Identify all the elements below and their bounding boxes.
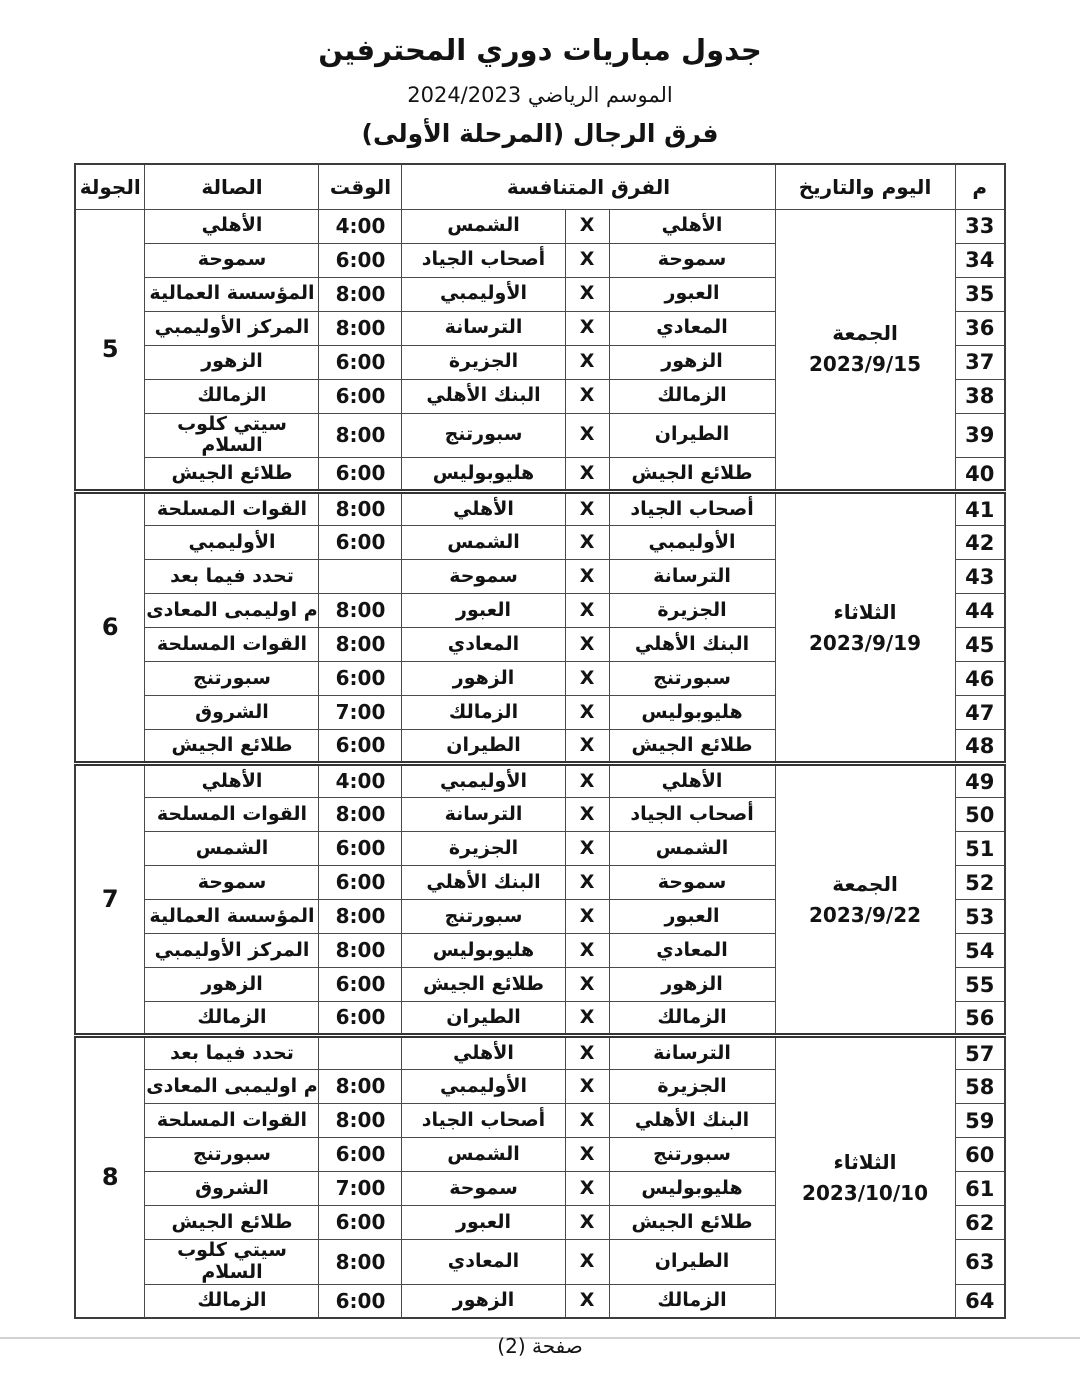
- match-away-team: الجزيرة: [402, 832, 565, 866]
- match-home-team: البنك الأهلي: [609, 628, 775, 662]
- match-serial: 49: [955, 764, 1005, 798]
- round-date: 2023/10/10: [776, 1182, 955, 1205]
- vs-mark: X: [565, 866, 609, 900]
- vs-mark: X: [565, 379, 609, 413]
- vs-mark: X: [565, 628, 609, 662]
- document-page: جدول مباريات دوري المحترفين الموسم الريا…: [0, 0, 1080, 1399]
- vs-mark: X: [565, 1284, 609, 1318]
- match-venue: م اوليمبى المعادى: [145, 594, 319, 628]
- match-away-team: الأوليمبي: [402, 277, 565, 311]
- match-time: [319, 560, 402, 594]
- match-time: 6:00: [319, 243, 402, 277]
- match-away-team: الجزيرة: [402, 345, 565, 379]
- match-home-team: أصحاب الجياد: [609, 798, 775, 832]
- match-time: [319, 1036, 402, 1070]
- vs-mark: X: [565, 1138, 609, 1172]
- vs-mark: X: [565, 413, 609, 458]
- match-away-team: الشمس: [402, 526, 565, 560]
- match-time: 6:00: [319, 458, 402, 492]
- match-serial: 56: [955, 1002, 1005, 1036]
- vs-mark: X: [565, 209, 609, 243]
- match-venue: سيتي كلوب السلام: [145, 1240, 319, 1285]
- match-home-team: الشمس: [609, 832, 775, 866]
- match-serial: 39: [955, 413, 1005, 458]
- match-time: 8:00: [319, 1240, 402, 1285]
- vs-mark: X: [565, 1070, 609, 1104]
- match-venue: الشمس: [145, 832, 319, 866]
- match-serial: 63: [955, 1240, 1005, 1285]
- vs-mark: X: [565, 798, 609, 832]
- round-date: 2023/9/15: [776, 353, 955, 376]
- match-venue: طلائع الجيش: [145, 1206, 319, 1240]
- match-time: 8:00: [319, 277, 402, 311]
- round-number: 8: [75, 1036, 145, 1319]
- match-venue: القوات المسلحة: [145, 492, 319, 526]
- match-row: 57الثلاثاء2023/10/10الترسانةXالأهليتحدد …: [75, 1036, 1005, 1070]
- vs-mark: X: [565, 1002, 609, 1036]
- match-away-team: الشمس: [402, 1138, 565, 1172]
- match-home-team: الجزيرة: [609, 594, 775, 628]
- match-venue: الزهور: [145, 968, 319, 1002]
- match-home-team: أصحاب الجياد: [609, 492, 775, 526]
- vs-mark: X: [565, 662, 609, 696]
- match-venue: م اوليمبى المعادى: [145, 1070, 319, 1104]
- match-home-team: الطيران: [609, 1240, 775, 1285]
- vs-mark: X: [565, 311, 609, 345]
- match-time: 7:00: [319, 1172, 402, 1206]
- match-home-team: الزهور: [609, 968, 775, 1002]
- match-serial: 43: [955, 560, 1005, 594]
- vs-mark: X: [565, 1240, 609, 1285]
- match-away-team: البنك الأهلي: [402, 379, 565, 413]
- page-number-footer: صفحة (2): [0, 1334, 1080, 1358]
- match-away-team: الأوليمبي: [402, 1070, 565, 1104]
- match-home-team: سبورتنج: [609, 1138, 775, 1172]
- vs-mark: X: [565, 1036, 609, 1070]
- match-venue: المركز الأوليمبي: [145, 311, 319, 345]
- match-time: 6:00: [319, 1206, 402, 1240]
- match-away-team: الزهور: [402, 1284, 565, 1318]
- match-venue: تحدد فيما بعد: [145, 560, 319, 594]
- match-away-team: الطيران: [402, 1002, 565, 1036]
- match-away-team: العبور: [402, 1206, 565, 1240]
- match-home-team: الزمالك: [609, 1002, 775, 1036]
- match-venue: المؤسسة العمالية: [145, 900, 319, 934]
- match-time: 6:00: [319, 832, 402, 866]
- match-serial: 59: [955, 1104, 1005, 1138]
- round-number: 5: [75, 209, 145, 492]
- vs-mark: X: [565, 730, 609, 764]
- match-time: 8:00: [319, 628, 402, 662]
- match-away-team: الترسانة: [402, 798, 565, 832]
- match-serial: 42: [955, 526, 1005, 560]
- match-away-team: سبورتنج: [402, 900, 565, 934]
- match-time: 6:00: [319, 866, 402, 900]
- vs-mark: X: [565, 345, 609, 379]
- match-time: 6:00: [319, 526, 402, 560]
- match-home-team: سموحة: [609, 866, 775, 900]
- column-header-venue: الصالة: [145, 164, 319, 209]
- match-serial: 53: [955, 900, 1005, 934]
- match-time: 8:00: [319, 413, 402, 458]
- column-header-teams: الفرق المتنافسة: [402, 164, 775, 209]
- match-away-team: أصحاب الجياد: [402, 243, 565, 277]
- round-day-date: الجمعة2023/9/15: [775, 209, 955, 492]
- match-away-team: الشمس: [402, 209, 565, 243]
- match-time: 8:00: [319, 1070, 402, 1104]
- match-away-team: العبور: [402, 594, 565, 628]
- vs-mark: X: [565, 492, 609, 526]
- match-time: 8:00: [319, 594, 402, 628]
- match-serial: 58: [955, 1070, 1005, 1104]
- match-time: 4:00: [319, 764, 402, 798]
- season-subtitle: الموسم الرياضي 2024/2023: [0, 83, 1080, 107]
- match-home-team: هليوبوليس: [609, 1172, 775, 1206]
- round-date: 2023/9/19: [776, 632, 955, 655]
- vs-mark: X: [565, 1104, 609, 1138]
- match-away-team: هليوبوليس: [402, 458, 565, 492]
- round-date: 2023/9/22: [776, 904, 955, 927]
- match-venue: الزمالك: [145, 379, 319, 413]
- match-away-team: سبورتنج: [402, 413, 565, 458]
- stage-subtitle: فرق الرجال (المرحلة الأولى): [0, 119, 1080, 148]
- match-serial: 47: [955, 696, 1005, 730]
- match-venue: الأهلي: [145, 209, 319, 243]
- match-time: 8:00: [319, 492, 402, 526]
- vs-mark: X: [565, 277, 609, 311]
- vs-mark: X: [565, 968, 609, 1002]
- match-home-team: العبور: [609, 277, 775, 311]
- match-home-team: طلائع الجيش: [609, 458, 775, 492]
- match-away-team: سموحة: [402, 560, 565, 594]
- round-day: الجمعة: [776, 322, 955, 345]
- match-home-team: البنك الأهلي: [609, 1104, 775, 1138]
- match-away-team: الأهلي: [402, 1036, 565, 1070]
- match-venue: الزمالك: [145, 1002, 319, 1036]
- match-away-team: المعادي: [402, 1240, 565, 1285]
- match-serial: 48: [955, 730, 1005, 764]
- round-day-date: الثلاثاء2023/10/10: [775, 1036, 955, 1319]
- match-away-team: سموحة: [402, 1172, 565, 1206]
- match-row: 49الجمعة2023/9/22الأهليXالأوليمبي4:00الأ…: [75, 764, 1005, 798]
- match-home-team: الزهور: [609, 345, 775, 379]
- match-venue: الشروق: [145, 1172, 319, 1206]
- vs-mark: X: [565, 934, 609, 968]
- match-away-team: الترسانة: [402, 311, 565, 345]
- schedule-body: 33الجمعة2023/9/15الأهليXالشمس4:00الأهلي5…: [75, 209, 1005, 1318]
- match-away-team: طلائع الجيش: [402, 968, 565, 1002]
- match-time: 6:00: [319, 1002, 402, 1036]
- match-time: 6:00: [319, 1138, 402, 1172]
- table-header: م اليوم والتاريخ الفرق المتنافسة الوقت ا…: [75, 164, 1005, 209]
- match-home-team: طلائع الجيش: [609, 1206, 775, 1240]
- vs-mark: X: [565, 560, 609, 594]
- header-row: م اليوم والتاريخ الفرق المتنافسة الوقت ا…: [75, 164, 1005, 209]
- match-venue: طلائع الجيش: [145, 730, 319, 764]
- match-venue: الأوليمبي: [145, 526, 319, 560]
- vs-mark: X: [565, 900, 609, 934]
- vs-mark: X: [565, 594, 609, 628]
- match-away-team: المعادي: [402, 628, 565, 662]
- match-time: 6:00: [319, 379, 402, 413]
- match-away-team: الأوليمبي: [402, 764, 565, 798]
- match-home-team: الجزيرة: [609, 1070, 775, 1104]
- match-home-team: المعادي: [609, 311, 775, 345]
- match-home-team: المعادي: [609, 934, 775, 968]
- round-day-date: الثلاثاء2023/9/19: [775, 492, 955, 764]
- match-serial: 41: [955, 492, 1005, 526]
- vs-mark: X: [565, 832, 609, 866]
- match-serial: 45: [955, 628, 1005, 662]
- match-time: 8:00: [319, 934, 402, 968]
- match-serial: 60: [955, 1138, 1005, 1172]
- match-serial: 55: [955, 968, 1005, 1002]
- match-venue: سبورتنج: [145, 662, 319, 696]
- round-day: الثلاثاء: [776, 1151, 955, 1174]
- match-time: 7:00: [319, 696, 402, 730]
- match-venue: سموحة: [145, 243, 319, 277]
- match-serial: 37: [955, 345, 1005, 379]
- vs-mark: X: [565, 1172, 609, 1206]
- match-home-team: الأهلي: [609, 209, 775, 243]
- page-title: جدول مباريات دوري المحترفين: [0, 0, 1080, 67]
- match-home-team: سبورتنج: [609, 662, 775, 696]
- match-serial: 46: [955, 662, 1005, 696]
- match-home-team: الترسانة: [609, 560, 775, 594]
- round-day: الجمعة: [776, 873, 955, 896]
- match-home-team: الأهلي: [609, 764, 775, 798]
- match-serial: 62: [955, 1206, 1005, 1240]
- match-away-team: الطيران: [402, 730, 565, 764]
- match-serial: 38: [955, 379, 1005, 413]
- column-header-serial: م: [955, 164, 1005, 209]
- match-away-team: الأهلي: [402, 492, 565, 526]
- match-home-team: العبور: [609, 900, 775, 934]
- match-serial: 33: [955, 209, 1005, 243]
- match-serial: 44: [955, 594, 1005, 628]
- match-serial: 50: [955, 798, 1005, 832]
- match-home-team: هليوبوليس: [609, 696, 775, 730]
- match-schedule-table: م اليوم والتاريخ الفرق المتنافسة الوقت ا…: [74, 163, 1006, 1319]
- match-venue: الزهور: [145, 345, 319, 379]
- match-serial: 61: [955, 1172, 1005, 1206]
- match-time: 8:00: [319, 311, 402, 345]
- match-serial: 40: [955, 458, 1005, 492]
- match-venue: طلائع الجيش: [145, 458, 319, 492]
- match-venue: القوات المسلحة: [145, 798, 319, 832]
- match-venue: المؤسسة العمالية: [145, 277, 319, 311]
- match-venue: القوات المسلحة: [145, 1104, 319, 1138]
- match-venue: المركز الأوليمبي: [145, 934, 319, 968]
- match-time: 4:00: [319, 209, 402, 243]
- match-home-team: الأوليمبي: [609, 526, 775, 560]
- match-venue: سموحة: [145, 866, 319, 900]
- round-day: الثلاثاء: [776, 601, 955, 624]
- match-venue: الشروق: [145, 696, 319, 730]
- match-serial: 34: [955, 243, 1005, 277]
- match-home-team: الزمالك: [609, 1284, 775, 1318]
- match-away-team: البنك الأهلي: [402, 866, 565, 900]
- vs-mark: X: [565, 1206, 609, 1240]
- match-time: 8:00: [319, 1104, 402, 1138]
- match-time: 6:00: [319, 1284, 402, 1318]
- match-serial: 35: [955, 277, 1005, 311]
- vs-mark: X: [565, 458, 609, 492]
- match-home-team: سموحة: [609, 243, 775, 277]
- round-number: 6: [75, 492, 145, 764]
- match-home-team: الترسانة: [609, 1036, 775, 1070]
- match-serial: 52: [955, 866, 1005, 900]
- round-day-date: الجمعة2023/9/22: [775, 764, 955, 1036]
- match-venue: الأهلي: [145, 764, 319, 798]
- match-home-team: الطيران: [609, 413, 775, 458]
- match-serial: 64: [955, 1284, 1005, 1318]
- match-venue: تحدد فيما بعد: [145, 1036, 319, 1070]
- match-venue: سيتي كلوب السلام: [145, 413, 319, 458]
- vs-mark: X: [565, 696, 609, 730]
- match-serial: 51: [955, 832, 1005, 866]
- match-home-team: الزمالك: [609, 379, 775, 413]
- vs-mark: X: [565, 526, 609, 560]
- match-time: 6:00: [319, 730, 402, 764]
- match-serial: 54: [955, 934, 1005, 968]
- match-row: 41الثلاثاء2023/9/19أصحاب الجيادXالأهلي8:…: [75, 492, 1005, 526]
- match-home-team: طلائع الجيش: [609, 730, 775, 764]
- match-away-team: الزهور: [402, 662, 565, 696]
- match-serial: 36: [955, 311, 1005, 345]
- match-venue: سبورتنج: [145, 1138, 319, 1172]
- match-time: 6:00: [319, 968, 402, 1002]
- match-away-team: هليوبوليس: [402, 934, 565, 968]
- column-header-day-date: اليوم والتاريخ: [775, 164, 955, 209]
- vs-mark: X: [565, 243, 609, 277]
- match-away-team: الزمالك: [402, 696, 565, 730]
- match-serial: 57: [955, 1036, 1005, 1070]
- column-header-time: الوقت: [319, 164, 402, 209]
- vs-mark: X: [565, 764, 609, 798]
- match-venue: الزمالك: [145, 1284, 319, 1318]
- match-time: 6:00: [319, 662, 402, 696]
- match-venue: القوات المسلحة: [145, 628, 319, 662]
- match-time: 6:00: [319, 345, 402, 379]
- match-time: 8:00: [319, 900, 402, 934]
- match-row: 33الجمعة2023/9/15الأهليXالشمس4:00الأهلي5: [75, 209, 1005, 243]
- match-time: 8:00: [319, 798, 402, 832]
- match-away-team: أصحاب الجياد: [402, 1104, 565, 1138]
- column-header-round: الجولة: [75, 164, 145, 209]
- round-number: 7: [75, 764, 145, 1036]
